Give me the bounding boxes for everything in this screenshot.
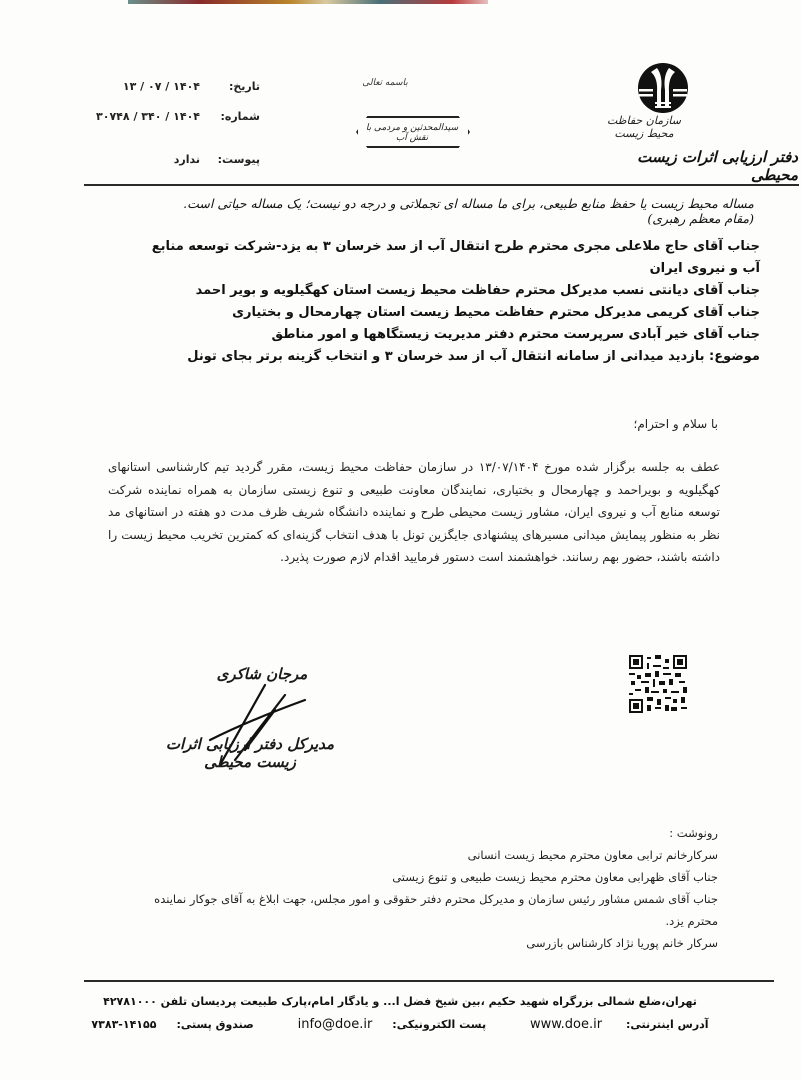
photo-edge-strip xyxy=(128,0,488,4)
cc-item: جناب آقای شمس مشاور رئیس سازمان و مدیرکل… xyxy=(100,888,718,910)
website-label: آدرس اینترنتی: xyxy=(626,1018,709,1031)
org-name: سازمان حفاظت محیط زیست xyxy=(598,114,690,140)
greeting: با سلام و احترام؛ xyxy=(400,417,718,431)
cc-label: رونوشت : xyxy=(100,822,718,844)
number-row: شماره: ۱۴۰۴ / ۳۴۰ / ۳۰۷۴۸ xyxy=(60,110,260,126)
date-value: ۱۴۰۴ / ۰۷ / ۱۳ xyxy=(123,80,200,93)
footer-contacts: آدرس اینترنتی: www.doe.ir پست الکترونیکی… xyxy=(70,1013,730,1036)
recipient-line: جناب آقای خیر آبادی سرپرست محترم دفتر مد… xyxy=(120,324,760,346)
cc-item: محترم یزد. xyxy=(100,910,718,932)
date-row: تاریخ: ۱۴۰۴ / ۰۷ / ۱۳ xyxy=(110,80,260,96)
attachment-label: پیوست: xyxy=(218,153,260,166)
letter-body: عطف به جلسه برگزار شده مورخ ۱۳/۰۷/۱۴۰۴ د… xyxy=(108,456,720,569)
attachment-value: ندارد xyxy=(174,153,200,166)
recipient-line: جناب آقای دیانتی نسب مدیرکل محترم حفاظت … xyxy=(120,280,760,302)
cc-block: رونوشت : سرکارخانم ترابی معاون محترم محی… xyxy=(100,822,718,954)
recipients-block: جناب آقای حاج ملاعلی مجری محترم طرح انتق… xyxy=(120,236,760,368)
header-divider xyxy=(84,184,799,186)
leader-quote: مساله محیط زیست یا حفظ منابع طبیعی، برای… xyxy=(160,196,754,226)
signatory-title: مدیرکل دفتر ارزیابی اثرات زیست محیطی xyxy=(150,735,350,771)
department-name: دفتر ارزیابی اثرات زیست محیطی xyxy=(598,148,798,184)
recipient-line: جناب آقای کریمی مدیرکل محترم حفاظت محیط … xyxy=(120,302,760,324)
email-link[interactable]: info@doe.ir xyxy=(298,1017,373,1032)
footer-address: تهران،ضلع شمالی بزرگراه شهید حکیم ،بین ش… xyxy=(70,990,730,1013)
qr-code-icon xyxy=(628,655,688,713)
postal-value: ۱۴۱۵۵-۷۳۸۳ xyxy=(91,1018,156,1031)
bismillah-note: باسمه تعالی xyxy=(355,78,415,88)
number-value: ۱۴۰۴ / ۳۴۰ / ۳۰۷۴۸ xyxy=(96,110,200,123)
attachment-row: پیوست: ندارد xyxy=(110,153,260,169)
cc-item: سرکار خانم پوریا نژاد کارشناس بازرسی xyxy=(100,932,718,954)
subject-line: موضوع: بازدید میدانی از سامانه انتقال آب… xyxy=(120,346,760,368)
footer-divider xyxy=(84,980,774,982)
doe-logo-icon xyxy=(637,62,689,114)
postal-label: صندوق پستی: xyxy=(176,1018,253,1031)
website-link[interactable]: www.doe.ir xyxy=(530,1017,602,1032)
number-label: شماره: xyxy=(220,110,260,123)
cc-item: سرکارخانم ترابی معاون محترم محیط زیست ان… xyxy=(100,844,718,866)
cc-item: جناب آقای ظهرابی معاون محترم محیط زیست ط… xyxy=(100,866,718,888)
recipient-line: آب و نیروی ایران xyxy=(120,258,760,280)
footer: تهران،ضلع شمالی بزرگراه شهید حکیم ،بین ش… xyxy=(70,990,730,1036)
date-label: تاریخ: xyxy=(229,80,260,93)
slogan-stamp-text: سیدالمحدثین و مردمی با نقش آب xyxy=(360,123,464,143)
recipient-line: جناب آقای حاج ملاعلی مجری محترم طرح انتق… xyxy=(120,236,760,258)
email-label: پست الکترونیکی: xyxy=(392,1018,486,1031)
